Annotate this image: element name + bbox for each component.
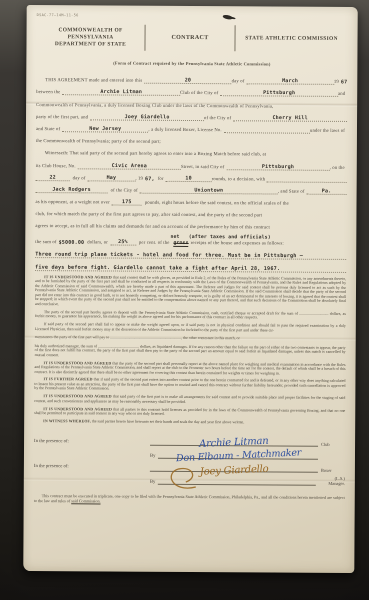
footer-underlined-tail: said Commission. [71, 498, 100, 503]
agreement-line-3: Commonwealth of Pennsylvania, a duly lic… [36, 95, 347, 109]
club-signature-line: Archie Litman [150, 433, 318, 446]
witnesseth-line-2: its Club House, No. Civic Arena Street, … [36, 156, 347, 170]
clauses-section: IT IS UNDERSTOOD AND AGREED that said co… [34, 275, 346, 426]
club-city-blank: Pittsburgh [220, 90, 338, 98]
venue-blank: Civic Arena [78, 162, 181, 170]
special-terms-line-2: five days before fight. Giardello cannot… [35, 258, 346, 273]
agreement-line-2: between the Archie Litman Club of the Ci… [36, 83, 347, 97]
by-label: By [150, 479, 156, 484]
bout-day-blank: 22 [36, 174, 70, 181]
witnesseth-line-4: Jack Rodgers of the City of Uniontown , … [36, 181, 347, 195]
contract-title: CONTRACT [146, 34, 235, 42]
witness-whereof-paragraph: IN WITNESS WHEREOF, the said parties her… [34, 419, 345, 425]
document-header: COMMONWEALTH OF PENNSYLVANIA DEPARTMENT … [36, 24, 347, 52]
clause-paragraph: his duly authorized manager, the sum of … [35, 344, 346, 359]
agreement-line-4: party of the first part, and Joey Giarde… [36, 108, 347, 122]
witnesseth-line-7: agrees to accept, as in full all his cla… [35, 217, 346, 231]
form-number: DSAC-77—14M—11-56 [37, 13, 348, 19]
clause-paragraph: If said party of the second part shall f… [35, 322, 346, 333]
boxer-signature-line: Joey Giardello [150, 459, 318, 472]
year-fill: 67 [341, 80, 347, 86]
header-title: CONTRACT [144, 25, 235, 52]
presence-label: In the presence of: [34, 464, 150, 470]
day-blank: 20 [144, 77, 231, 85]
agreement-line-5: and State of New Jersey , a duly license… [36, 120, 347, 134]
clause-paragraph: IT IS UNDERSTOOD AND AGREED that the par… [34, 361, 345, 376]
opponent-name-blank: Jack Rodgers [36, 186, 108, 193]
header-right: STATE ATHLETIC COMMISSION [235, 25, 347, 52]
clause-paragraph: IT IS FURTHER AGREED that if said party … [34, 377, 345, 392]
witnesseth-line-5: as his opponent, at a weight not over 17… [36, 193, 347, 207]
clause-paragraph: IT IS UNDERSTOOD AND AGREED that all par… [34, 407, 345, 418]
agreement-section: THIS AGREEMENT made and entered into thi… [35, 71, 347, 273]
ls-manager-labels: (L.S.) Manager. [319, 475, 345, 485]
opponent-state-blank: Pa. [307, 188, 347, 195]
matchmaker-signature-row: By Don Elbaum - Matchmaker [150, 445, 345, 459]
struck-word: gross [173, 241, 188, 247]
opponent-city-blank: Uniontown [140, 187, 278, 195]
clause-paragraph: The party of the second part hereby agre… [35, 310, 346, 321]
matchmaker-signature-line: Don Elbaum - Matchmaker [158, 446, 318, 459]
clause-paragraph: IT IS UNDERSTOOD AND AGREED that said co… [35, 275, 346, 308]
manager-signature-row: By (L.S.) Manager. [150, 471, 345, 485]
weight-blank: 175 [112, 199, 142, 206]
typed-correction: net (after taxes and officials) [170, 235, 270, 241]
rounds-blank: 10 [166, 175, 212, 182]
header-left: COMMONWEALTH OF PENNSYLVANIA DEPARTMENT … [36, 24, 144, 51]
boxer-name-blank: Joey Giardello [90, 113, 204, 121]
header-left-line2: DEPARTMENT OF STATE [36, 41, 144, 49]
clause-paragraph: IT IS UNDERSTOOD AND AGREED that said pa… [34, 394, 345, 405]
club-name-blank: Archie Litman [62, 89, 180, 97]
presence-label: In the presence of: [34, 439, 150, 445]
bout-year-fill: 67, [145, 176, 155, 182]
presence-labels: In the presence of: In the presence of: [34, 432, 150, 485]
photo-of-contract: DSAC-77—14M—11-56 COMMONWEALTH OF PENNSY… [0, 0, 369, 600]
contract-paper: DSAC-77—14M—11-56 COMMONWEALTH OF PENNSY… [23, 5, 357, 573]
header-right-text: STATE ATHLETIC COMMISSION [236, 35, 348, 43]
agreement-line-6: the Commonwealth of Pennsylvania; party … [36, 132, 347, 146]
manager-signature-line [158, 483, 316, 485]
purse-amount-fill: $5000.00 [59, 240, 85, 246]
boxer-signature-row: Joey Giardello Boxer [150, 458, 345, 472]
purse-line: the sum of $5000.00 dollars, or 25% per … [35, 229, 346, 247]
witnesseth-line-1: Witnesseth: That said party of the secon… [36, 144, 347, 158]
percent-blank: 25% [110, 239, 136, 246]
boxer-state-blank: New Jersey [62, 125, 148, 133]
bout-month-blank: May [87, 174, 135, 181]
signature-lines: Archie Litman Club By Don Elbaum - Match… [150, 432, 345, 485]
form-caption: (Form of Contract required by the Pennsy… [36, 60, 347, 67]
agreement-line-1: THIS AGREEMENT made and entered into thi… [36, 71, 347, 85]
manager-label: Manager. [328, 480, 344, 485]
clause-paragraph: cumstances the party of the first part w… [35, 335, 346, 341]
header-left-line1: COMMONWEALTH OF PENNSYLVANIA [37, 27, 145, 42]
footer-note: This contract must be executed in tripli… [34, 493, 345, 505]
boxer-city-blank: Cherry Hill [233, 114, 347, 122]
bout-city-blank: Pittsburgh [226, 163, 329, 171]
special-terms-line-1: Three round trip plane tickets - hotel a… [35, 245, 346, 260]
witnesseth-line-6: club, for which match the party of the f… [35, 205, 346, 219]
club-signature-row: Archie Litman Club [150, 432, 345, 446]
signature-section: In the presence of: In the presence of: … [34, 432, 345, 486]
witnesseth-line-3: 22 day of May , 19 67, for 10 rounds, to… [36, 169, 347, 183]
gross-net-edit: gross net (after taxes and officials) [173, 241, 188, 246]
month-blank: March [246, 78, 333, 86]
